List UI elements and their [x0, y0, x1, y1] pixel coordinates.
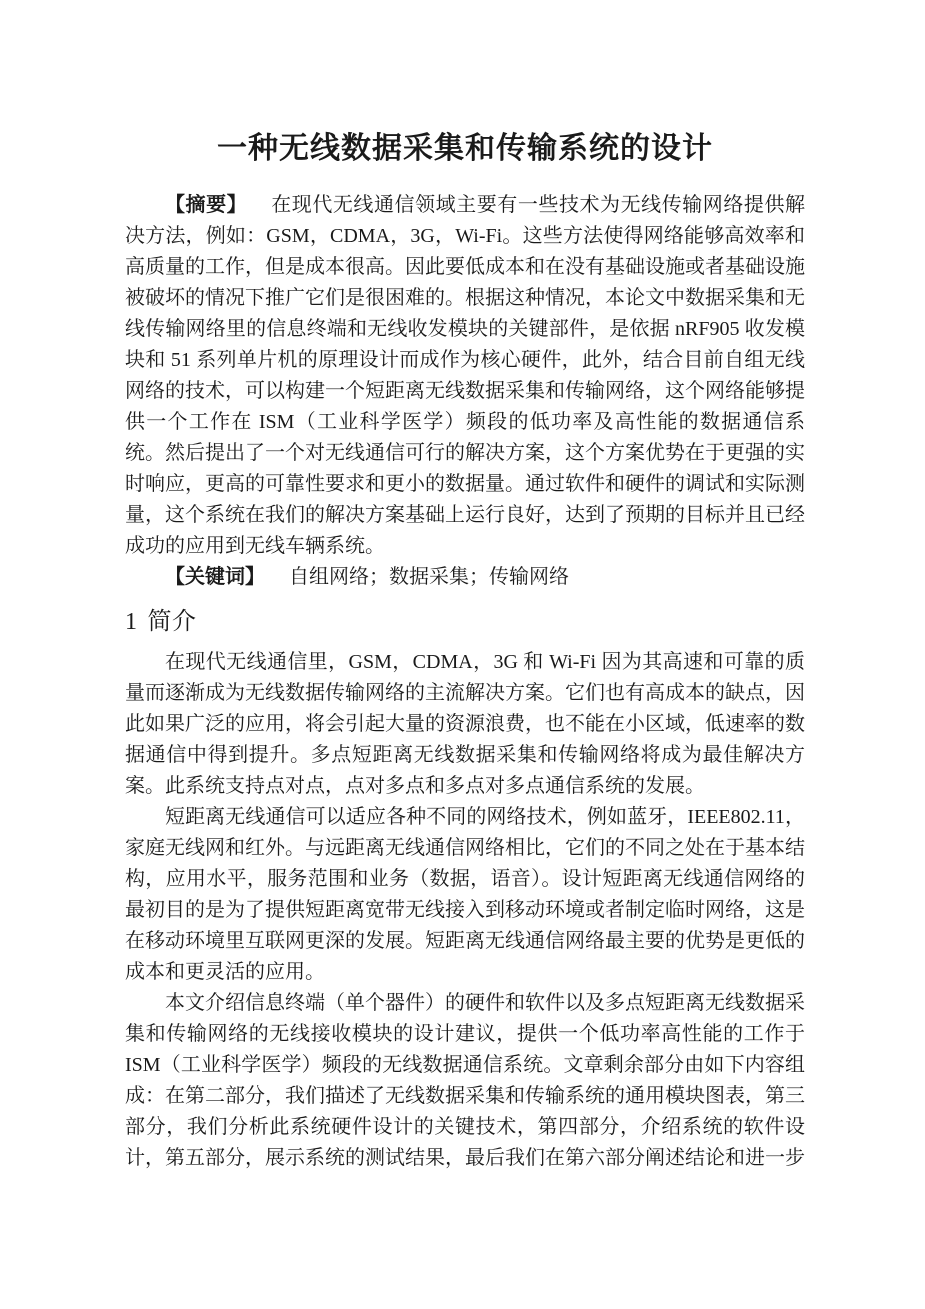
keywords-paragraph: 【关键词】自组网络；数据采集；传输网络 [125, 562, 805, 593]
intro-paragraph-3: 本文介绍信息终端（单个器件）的硬件和软件以及多点短距离无线数据采集和传输网络的无… [125, 988, 805, 1174]
intro-paragraph-2: 短距离无线通信可以适应各种不同的网络技术，例如蓝牙，IEEE802.11，家庭无… [125, 802, 805, 988]
intro-paragraph-1: 在现代无线通信里，GSM，CDMA，3G 和 Wi-Fi 因为其高速和可靠的质量… [125, 647, 805, 802]
abstract-paragraph: 【摘要】在现代无线通信领域主要有一些技术为无线传输网络提供解决方法，例如：GSM… [125, 190, 805, 562]
keywords-text: 自组网络；数据采集；传输网络 [289, 566, 569, 588]
abstract-label: 【摘要】 [165, 194, 247, 216]
section-title: 简介 [148, 609, 197, 635]
keywords-label: 【关键词】 [165, 566, 265, 588]
section-number: 1 [125, 609, 138, 635]
document-page: 一种无线数据采集和传输系统的设计 【摘要】在现代无线通信领域主要有一些技术为无线… [0, 0, 925, 1309]
abstract-text: 在现代无线通信领域主要有一些技术为无线传输网络提供解决方法，例如：GSM，CDM… [125, 194, 805, 557]
document-title: 一种无线数据采集和传输系统的设计 [125, 132, 805, 166]
section-heading-intro: 1简介 [125, 607, 805, 637]
